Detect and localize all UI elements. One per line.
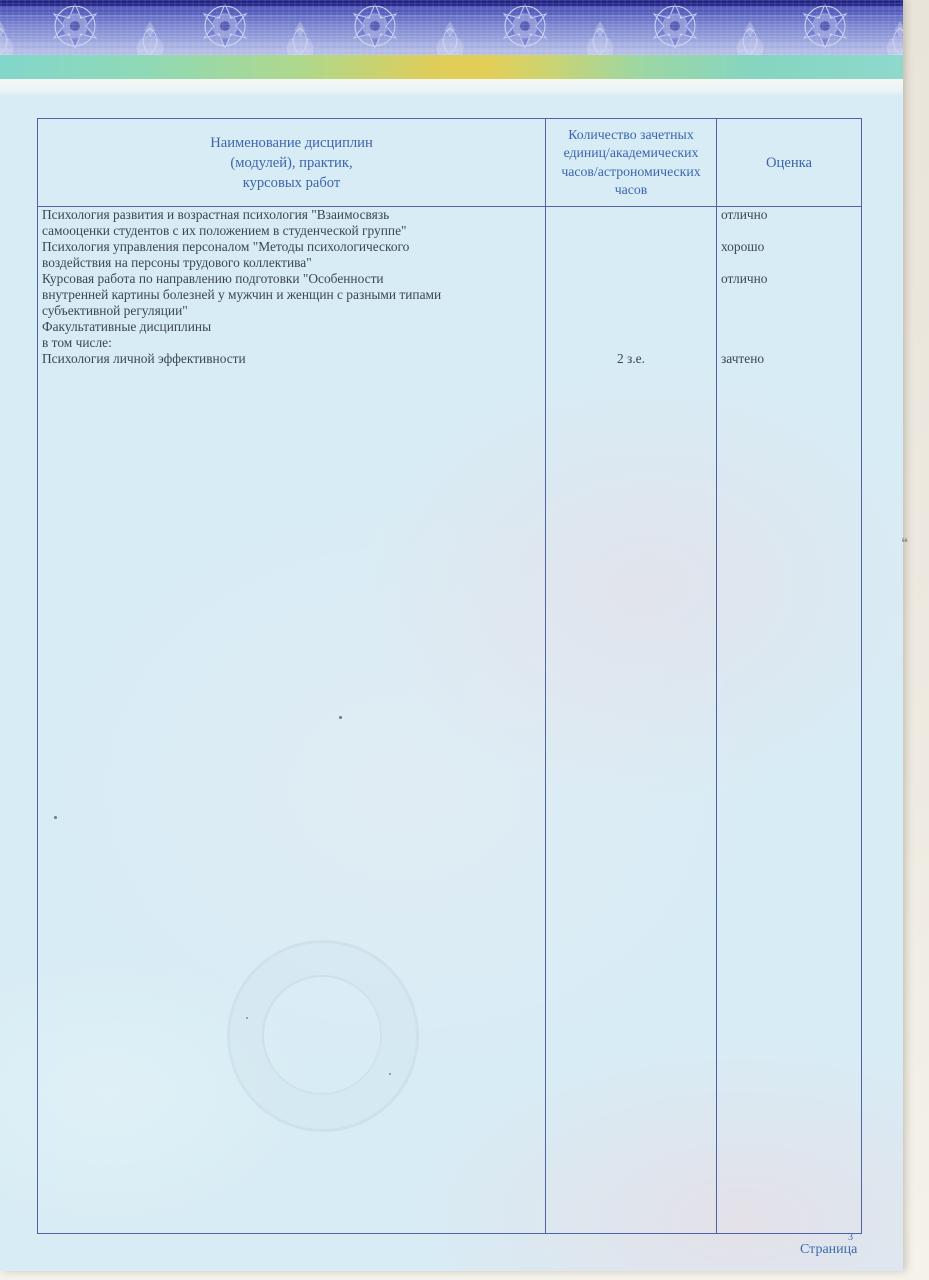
credits-cell (545, 207, 716, 239)
header-discipline: Наименование дисциплин (модулей), практи… (38, 119, 545, 206)
scan-speck (246, 1017, 248, 1019)
header-grade: Оценка (716, 119, 861, 206)
scan-speck (54, 816, 57, 819)
header-credits: Количество зачетных единиц/академических… (545, 119, 716, 206)
credits-cell (545, 335, 716, 351)
grade-cell (716, 335, 861, 351)
filler-discipline-cell (38, 367, 545, 1233)
table-row: в том числе: (38, 335, 861, 351)
guilloche-border-pattern (0, 0, 903, 55)
credits-cell: 2 з.е. (545, 351, 716, 367)
page: Наименование дисциплин (модулей), практи… (0, 0, 903, 1271)
filler-grade-cell (716, 367, 861, 1233)
table-row: Психология развития и возрастная психоло… (38, 207, 861, 239)
guilloche-texture (0, 0, 903, 55)
credits-cell (545, 271, 716, 319)
name-cell: Психология развития и возрастная психоло… (38, 207, 545, 239)
filler-credits-cell (545, 367, 716, 1233)
table-row: Курсовая работа по направлению подготовк… (38, 271, 861, 319)
grade-cell: отлично (716, 207, 861, 239)
page-number: 3 (848, 1232, 853, 1243)
grade-cell (716, 319, 861, 335)
grade-cell: зачтено (716, 351, 861, 367)
name-cell: в том числе: (38, 335, 545, 351)
name-cell: Факультативные дисциплины (38, 319, 545, 335)
table-filler-row (38, 367, 861, 1233)
grade-cell: отлично (716, 271, 861, 319)
scan-speck (339, 716, 342, 719)
scanner-edge-artifact: ❝ (901, 536, 908, 551)
grade-cell: хорошо (716, 239, 861, 271)
credits-cell (545, 239, 716, 271)
name-cell: Психология управления персоналом "Методы… (38, 239, 545, 271)
transcript-table: Наименование дисциплин (модулей), практи… (37, 118, 862, 1234)
table-row: Психология личной эффективности2 з.е.зач… (38, 351, 861, 367)
rainbow-gradient-band (0, 55, 903, 79)
name-cell: Курсовая работа по направлению подготовк… (38, 271, 545, 319)
white-separator-band (0, 79, 903, 95)
scan-speck (389, 1073, 391, 1075)
credits-cell (545, 319, 716, 335)
table-row: Факультативные дисциплины (38, 319, 861, 335)
table-row: Психология управления персоналом "Методы… (38, 239, 861, 271)
table-header-row: Наименование дисциплин (модулей), практи… (38, 119, 861, 207)
page-footer-label: Страница (800, 1242, 857, 1258)
name-cell: Психология личной эффективности (38, 351, 545, 367)
scanned-document: Наименование дисциплин (модулей), практи… (0, 0, 929, 1280)
